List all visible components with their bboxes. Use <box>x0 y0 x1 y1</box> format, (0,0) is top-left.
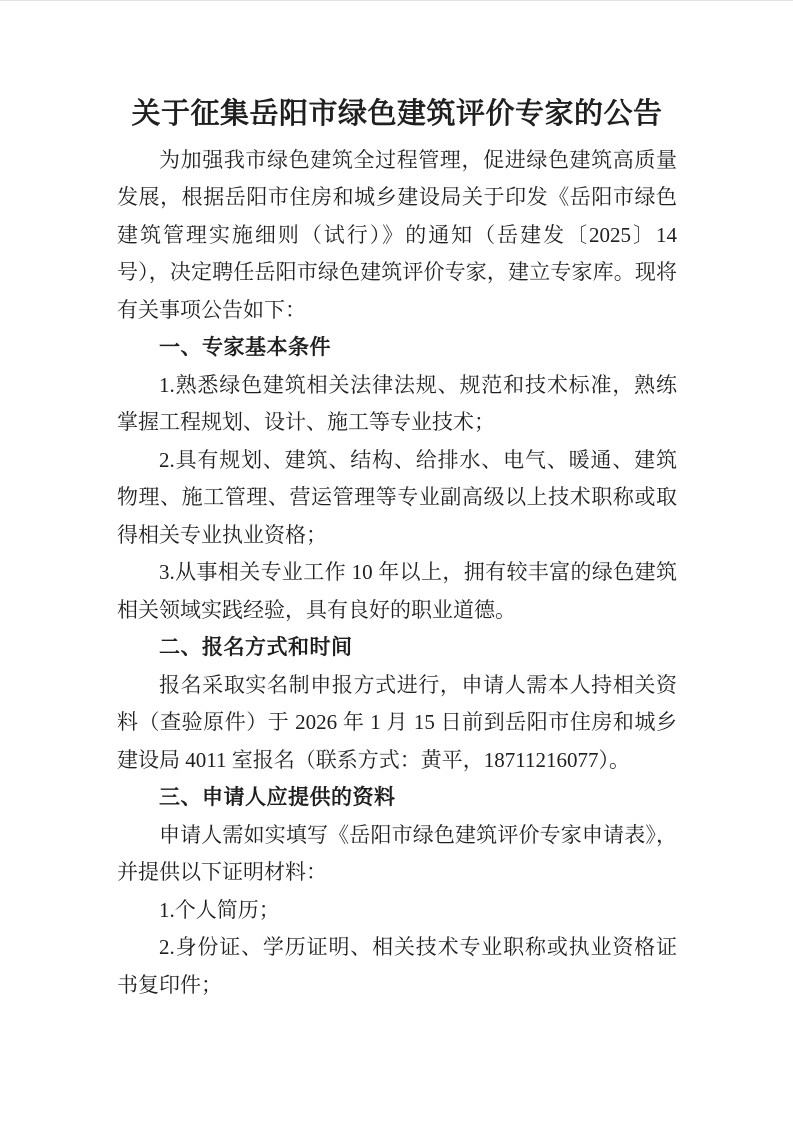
section-heading-required-materials: 三、申请人应提供的资料 <box>117 779 677 817</box>
paragraph-requirement-2: 2.具有规划、建筑、结构、给排水、电气、暖通、建筑物理、施工管理、营运管理等专业… <box>117 442 677 555</box>
section-heading-registration: 二、报名方式和时间 <box>117 629 677 667</box>
paragraph-requirement-3: 3.从事相关专业工作 10 年以上，拥有较丰富的绿色建筑相关领域实践经验，具有良… <box>117 554 677 629</box>
intro-paragraph: 为加强我市绿色建筑全过程管理，促进绿色建筑高质量发展，根据岳阳市住房和城乡建设局… <box>117 142 677 330</box>
announcement-page: 关于征集岳阳市绿色建筑评价专家的公告 为加强我市绿色建筑全过程管理，促进绿色建筑… <box>0 0 793 1122</box>
paragraph-material-1: 1.个人简历； <box>117 892 677 930</box>
paragraph-requirement-1: 1.熟悉绿色建筑相关法律法规、规范和技术标准，熟练掌握工程规划、设计、施工等专业… <box>117 367 677 442</box>
paragraph-registration-info: 报名采取实名制申报方式进行，申请人需本人持相关资料（查验原件）于 2026 年 … <box>117 667 677 780</box>
paragraph-materials-intro: 申请人需如实填写《岳阳市绿色建筑评价专家申请表》，并提供以下证明材料： <box>117 817 677 892</box>
paragraph-material-2: 2.身份证、学历证明、相关技术专业职称或执业资格证书复印件； <box>117 929 677 1004</box>
document-title: 关于征集岳阳市绿色建筑评价专家的公告 <box>117 96 677 134</box>
section-heading-expert-requirements: 一、专家基本条件 <box>117 329 677 367</box>
